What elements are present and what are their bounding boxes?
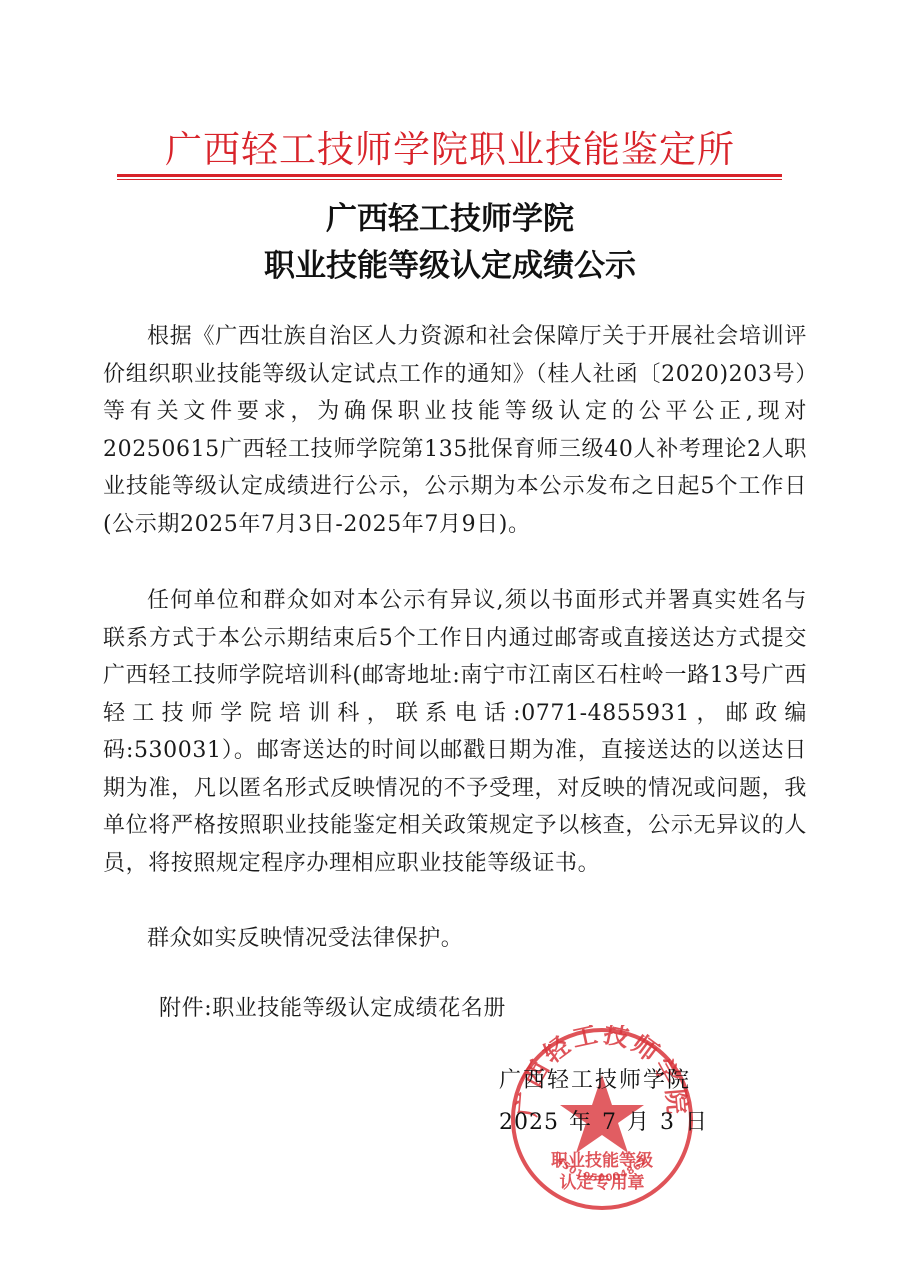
paragraph-legal-protection: 群众如实反映情况受法律保护。 xyxy=(103,920,807,958)
letterhead-title: 广西轻工技师学院职业技能鉴定所 xyxy=(0,128,900,172)
paragraph-basis: 根据《广西壮族自治区人力资源和社会保障厅关于开展社会培训评价组织职业技能等级认定… xyxy=(103,318,807,543)
letterhead-rule-thick xyxy=(117,174,782,177)
signature-date: 2025 年 7 月 3 日 xyxy=(499,1108,708,1138)
document-title-line1: 广西轻工技师学院 xyxy=(0,199,900,239)
paragraph-objection: 任何单位和群众如对本公示有异议,须以书面形式并署真实姓名与联系方式于本公示期结束… xyxy=(103,582,807,882)
letterhead-rule-thin xyxy=(117,179,782,180)
signature-organization: 广西轻工技师学院 xyxy=(499,1066,691,1096)
document-title-line2: 职业技能等级认定成绩公示 xyxy=(0,246,900,286)
attachment-note: 附件:职业技能等级认定成绩花名册 xyxy=(159,994,506,1024)
